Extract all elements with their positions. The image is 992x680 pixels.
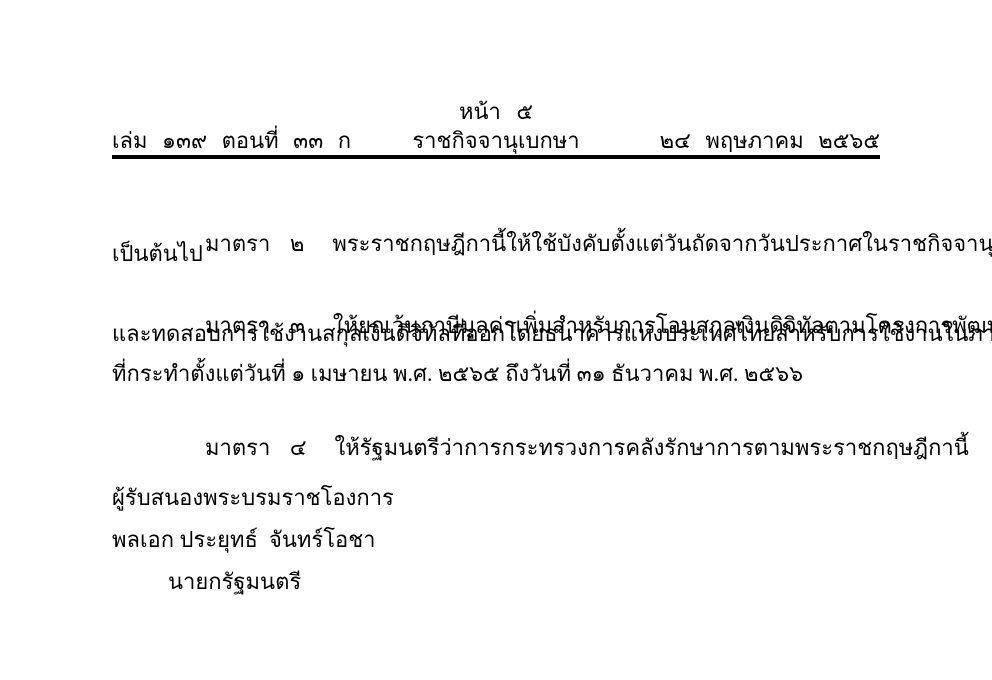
gazette-title: ราชกิจจานุเบกษา (112, 126, 880, 156)
gazette-header-row: เล่ม ๑๓๙ ตอนที่ ๓๓ ก ราชกิจจานุเบกษา ๒๔ … (112, 126, 880, 156)
section-3-line-2: และทดสอบการใช้งานสกุลเงินดิจิทัลที่ออกโด… (112, 318, 902, 350)
section-4-text: ให้รัฐมนตรีว่าการกระทรวงการคลังรักษาการต… (334, 435, 968, 460)
section-4-label: มาตรา ๔ (205, 435, 306, 460)
section-3-line-3: ที่กระทำตั้งแต่วันที่ ๑ เมษายน พ.ศ. ๒๕๖๕… (112, 358, 902, 390)
signer-name: พลเอก ประยุทธ์ จันทร์โอชา (112, 524, 376, 556)
section-2-line-2: เป็นต้นไป (112, 238, 902, 270)
page-number-label: หน้า ๕ (112, 97, 880, 127)
gazette-document-page: หน้า ๕ เล่ม ๑๓๙ ตอนที่ ๓๓ ก ราชกิจจานุเบ… (0, 0, 992, 680)
signer-title: นายกรัฐมนตรี (168, 566, 301, 598)
countersignature-caption: ผู้รับสนองพระบรมราชโองการ (112, 482, 394, 514)
header-divider-rule (112, 155, 880, 159)
